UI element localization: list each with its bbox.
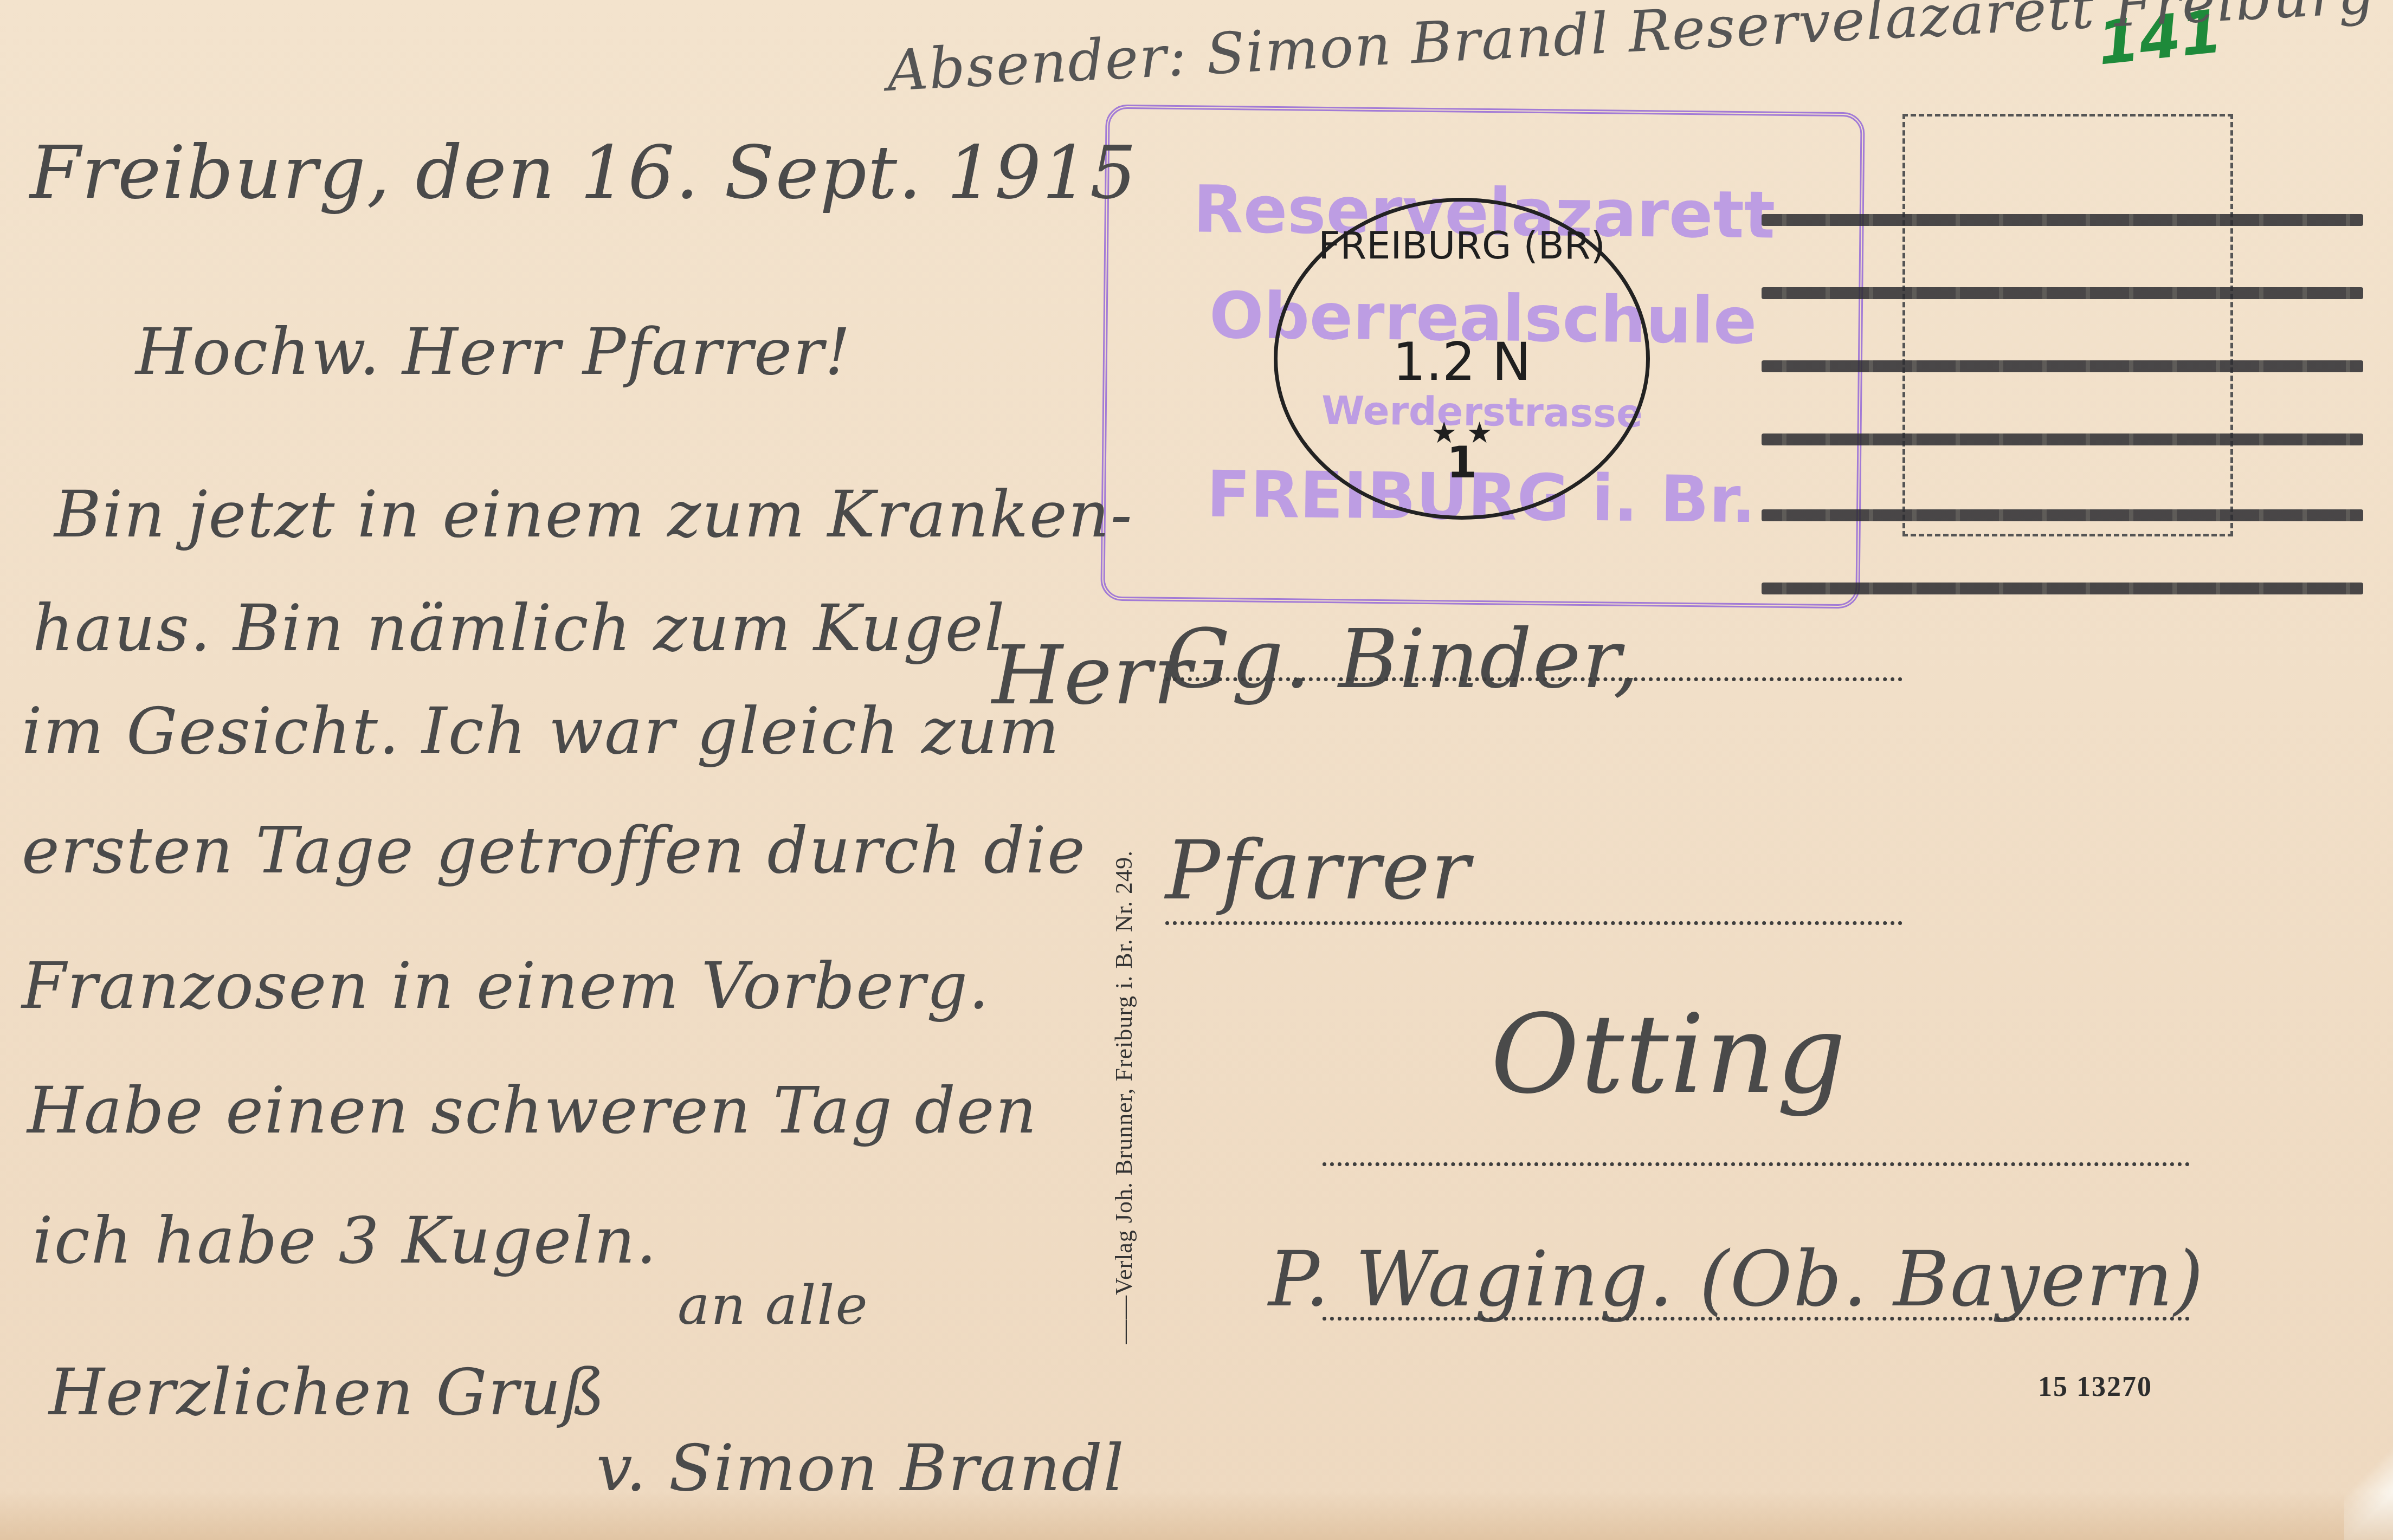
address-line [1165,921,1902,925]
cancel-line [1762,360,2363,372]
publisher-imprint: ——Verlag Joh. Brunner, Freiburg i. Br. N… [1110,850,1138,1344]
postcard: 141 Reservelazarett Oberrealschule Werde… [0,0,2393,1540]
address-line [1165,677,1902,681]
message-line: im Gesicht. Ich war gleich zum [22,694,1060,768]
message-line: Freiburg, den 16. Sept. 1915 [30,130,1138,215]
address-line [1323,1162,2190,1166]
cancel-line [1762,287,2363,299]
signature: v. Simon Brandl [596,1431,1125,1505]
address-name: Gg. Binder, [1165,612,1640,707]
cancel-line [1762,433,2363,445]
message-line: Herzlichen Gruß [49,1355,606,1429]
cancel-line [1762,583,2363,594]
postmark-number: 1 [1278,437,1646,488]
message-line: Hochw. Herr Pfarrer! [136,314,852,389]
worn-corner [2344,1432,2393,1540]
postmark-town: FREIBURG (BR) [1278,223,1646,268]
message-line: ersten Tage getroffen durch die [22,813,1086,888]
message-line: haus. Bin nämlich zum Kugel [33,591,1005,665]
address-title: Pfarrer [1165,824,1471,918]
message-line: Franzosen in einem Vorberg. [22,948,990,1023]
message-line: ich habe 3 Kugeln. [33,1203,657,1278]
stamp-placeholder-box [1902,114,2233,536]
address-line [1323,1317,2190,1321]
message-line: an alle [678,1273,869,1337]
address-post: P. Waging. (Ob. Bayern) [1268,1235,2204,1324]
cancel-line [1762,509,2363,521]
cancel-line [1762,214,2363,226]
message-line: Bin jetzt in einem zum Kranken- [54,477,1133,552]
postmark: FREIBURG (BR) 1.2 N ★ ★ 1 [1274,198,1650,520]
postmark-date: 1.2 N [1278,332,1646,392]
address-salutation: Herr [992,629,1193,723]
series-code: 15 13270 [2038,1371,2152,1403]
address-town: Otting [1491,992,1847,1118]
message-line: Habe einen schweren Tag den [27,1073,1038,1148]
